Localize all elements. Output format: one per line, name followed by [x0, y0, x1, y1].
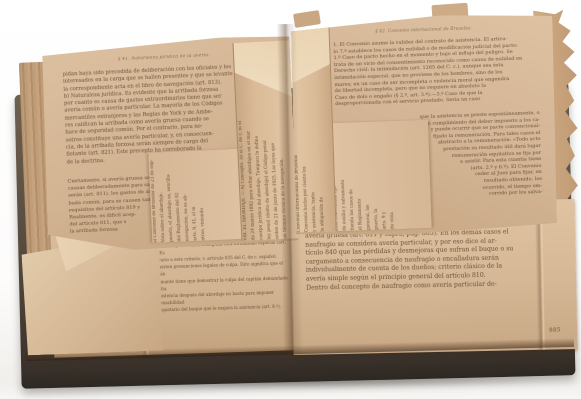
left-inner-fold: el Convenio de Bruselas de 23 de sep- Ve…: [148, 149, 246, 243]
folded-paper-tab: [293, 10, 321, 28]
left-page: § 41. Naturaleza jurídica de la avería. …: [39, 34, 298, 253]
right-page-main-paragraphs: 1. El Convenio asume la validez del cont…: [333, 35, 539, 108]
under-page-885-text: avería gruesa (art. 811 y supra, pág. 86…: [305, 228, 536, 293]
page-number-885: 885: [549, 327, 561, 333]
left-inner-fold-text: el Convenio de Bruselas de 23 de sep- Ve…: [148, 150, 208, 242]
right-inner-fold: Esta Convención fija de auxilio y salvam…: [330, 120, 432, 231]
left-running-head: § 41. Naturaleza jurídica de la avería.: [68, 51, 260, 65]
right-page: § 42. Convenio internacional de Bruselas…: [288, 11, 559, 238]
right-inner-fold-text: Esta Convención fija de auxilio y salvam…: [330, 121, 398, 231]
book-photograph: 835 del C. de c. 3. La acción de resarci…: [0, 0, 581, 399]
right-running-head: § 42. Convenio internacional de Bruselas…: [329, 24, 519, 36]
